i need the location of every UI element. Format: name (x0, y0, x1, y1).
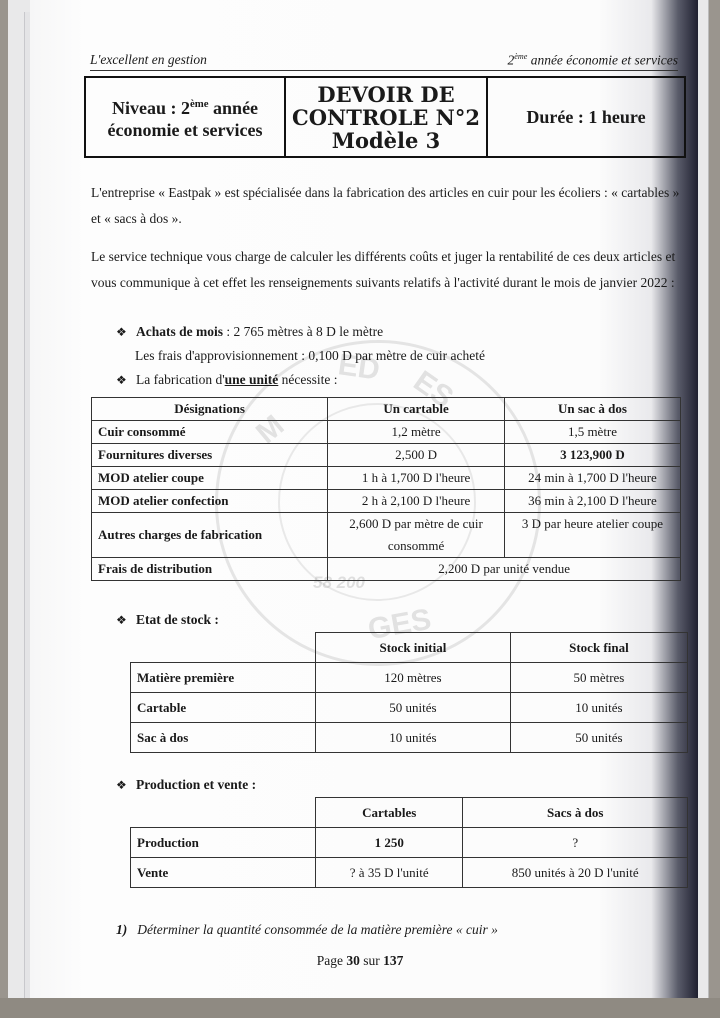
manufacturing-bullet: ❖La fabrication d'une unité nécessite : (116, 372, 338, 388)
table-row: Matière première 120 mètres 50 mètres (131, 663, 688, 693)
row-label: Frais de distribution (92, 558, 328, 581)
table-header-row: Désignations Un cartable Un sac à dos (92, 398, 681, 421)
column-header: Cartables (316, 798, 463, 828)
purchases-bullet: ❖Achats de mois : 2 765 mètres à 8 D le … (116, 324, 383, 340)
question-text: Déterminer la quantité consommée de la m… (137, 922, 498, 937)
cell-cartables: 1 250 (316, 828, 463, 858)
table-row: Vente ? à 35 D l'unité 850 unités à 20 D… (131, 858, 688, 888)
cell-merged: 2,200 D par unité vendue (328, 558, 681, 581)
table-header-row: Cartables Sacs à dos (131, 798, 688, 828)
diamond-bullet-icon: ❖ (116, 613, 136, 628)
column-header: Stock initial (316, 633, 511, 663)
row-label: Sac à dos (131, 723, 316, 753)
column-header: Désignations (92, 398, 328, 421)
column-header: Stock final (510, 633, 687, 663)
stock-table: Stock initial Stock final Matière premiè… (130, 632, 688, 753)
level-suffix: année (209, 98, 259, 118)
cell-sac: 3 D par heure atelier coupe (504, 513, 680, 558)
cell-cartable: 1,2 mètre (328, 421, 505, 444)
cell-initial: 120 mètres (316, 663, 511, 693)
level-cell: Niveau : 2ème année économie et services (86, 78, 286, 156)
page-total: 137 (383, 953, 403, 968)
level-sup: ème (514, 52, 527, 61)
cell-initial: 50 unités (316, 693, 511, 723)
row-label: Fournitures diverses (92, 444, 328, 467)
footer-middle: sur (360, 953, 383, 968)
column-header: Un sac à dos (504, 398, 680, 421)
diamond-bullet-icon: ❖ (116, 778, 136, 793)
table-row: Sac à dos 10 unités 50 unités (131, 723, 688, 753)
cell-cartable: 2,500 D (328, 444, 505, 467)
row-label: MOD atelier coupe (92, 467, 328, 490)
stock-title: Etat de stock : (136, 612, 219, 627)
table-row: Frais de distribution 2,200 D par unité … (92, 558, 681, 581)
column-header: Sacs à dos (463, 798, 688, 828)
manufacturing-prefix: La fabrication d' (136, 372, 225, 387)
intro-paragraph-1: L'entreprise « Eastpak » est spécialisée… (91, 180, 683, 232)
procurement-fees: Les frais d'approvisionnement : 0,100 D … (135, 348, 485, 364)
row-label: Cartable (131, 693, 316, 723)
intro-paragraph-2: Le service technique vous charge de calc… (91, 244, 683, 296)
empty-header (131, 633, 316, 663)
exam-title-cell: DEVOIR DE CONTROLE N°2 Modèle 3 (286, 78, 488, 156)
question-number: 1) (116, 922, 127, 937)
production-title: Production et vente : (136, 777, 256, 792)
row-label: MOD atelier confection (92, 490, 328, 513)
purchases-label: Achats de mois (136, 324, 223, 339)
row-label: Vente (131, 858, 316, 888)
cell-sac: 36 min à 2,100 D l'heure (504, 490, 680, 513)
exam-title-line3: Modèle 3 (332, 128, 441, 153)
manufacturing-emphasis: une unité (225, 372, 279, 387)
cell-cartables: ? à 35 D l'unité (316, 858, 463, 888)
table-row: MOD atelier coupe 1 h à 1,700 D l'heure … (92, 467, 681, 490)
manufacturing-suffix: nécessite : (278, 372, 337, 387)
stock-bullet: ❖Etat de stock : (116, 612, 219, 628)
bottom-shadow (0, 998, 720, 1018)
row-label: Autres charges de fabrication (92, 513, 328, 558)
duration-cell: Durée : 1 heure (488, 78, 684, 156)
table-row: Cuir consommé 1,2 mètre 1,5 mètre (92, 421, 681, 444)
running-header: L'excellent en gestion 2ème année économ… (90, 52, 678, 71)
table-row: Fournitures diverses 2,500 D 3 123,900 D (92, 444, 681, 467)
row-label: Cuir consommé (92, 421, 328, 444)
cell-sac: 1,5 mètre (504, 421, 680, 444)
duration-text: Durée : 1 heure (526, 107, 645, 128)
diamond-bullet-icon: ❖ (116, 325, 136, 340)
cell-cartable: 1 h à 1,700 D l'heure (328, 467, 505, 490)
cell-final: 10 unités (510, 693, 687, 723)
cell-initial: 10 unités (316, 723, 511, 753)
running-header-right: 2ème année économie et services (508, 52, 678, 69)
cell-sac: 3 123,900 D (504, 444, 680, 467)
table-row: Cartable 50 unités 10 unités (131, 693, 688, 723)
level-line2: économie et services (108, 120, 263, 140)
empty-header (131, 798, 316, 828)
row-label: Matière première (131, 663, 316, 693)
production-table: Cartables Sacs à dos Production 1 250 ? … (130, 797, 688, 888)
row-label: Production (131, 828, 316, 858)
table-header-row: Stock initial Stock final (131, 633, 688, 663)
cell-final: 50 mètres (510, 663, 687, 693)
footer-prefix: Page (317, 953, 347, 968)
table-row: Autres charges de fabrication 2,600 D pa… (92, 513, 681, 558)
cell-final: 50 unités (510, 723, 687, 753)
running-header-left: L'excellent en gestion (90, 52, 207, 68)
level-prefix: Niveau : 2 (112, 98, 190, 118)
level-sup: ème (190, 98, 209, 110)
level-text: année économie et services (527, 53, 678, 68)
column-header: Un cartable (328, 398, 505, 421)
page-number: 30 (346, 953, 360, 968)
exam-title-line2: CONTROLE N°2 (292, 105, 480, 130)
cell-sac: 24 min à 1,700 D l'heure (504, 467, 680, 490)
table-row: Production 1 250 ? (131, 828, 688, 858)
page-footer: Page 30 sur 137 (0, 953, 720, 969)
production-bullet: ❖Production et vente : (116, 777, 256, 793)
cell-sacs: ? (463, 828, 688, 858)
purchases-text: : 2 765 mètres à 8 D le mètre (223, 324, 383, 339)
exam-title-line1: DEVOIR DE (317, 82, 454, 107)
table-row: MOD atelier confection 2 h à 2,100 D l'h… (92, 490, 681, 513)
diamond-bullet-icon: ❖ (116, 373, 136, 388)
cell-cartable: 2 h à 2,100 D l'heure (328, 490, 505, 513)
cell-cartable: 2,600 D par mètre de cuir consommé (328, 513, 505, 558)
question-1: 1)Déterminer la quantité consommée de la… (116, 922, 498, 938)
exam-title-box: Niveau : 2ème année économie et services… (84, 76, 686, 158)
manufacturing-table: Désignations Un cartable Un sac à dos Cu… (91, 397, 681, 581)
cell-sacs: 850 unités à 20 D l'unité (463, 858, 688, 888)
